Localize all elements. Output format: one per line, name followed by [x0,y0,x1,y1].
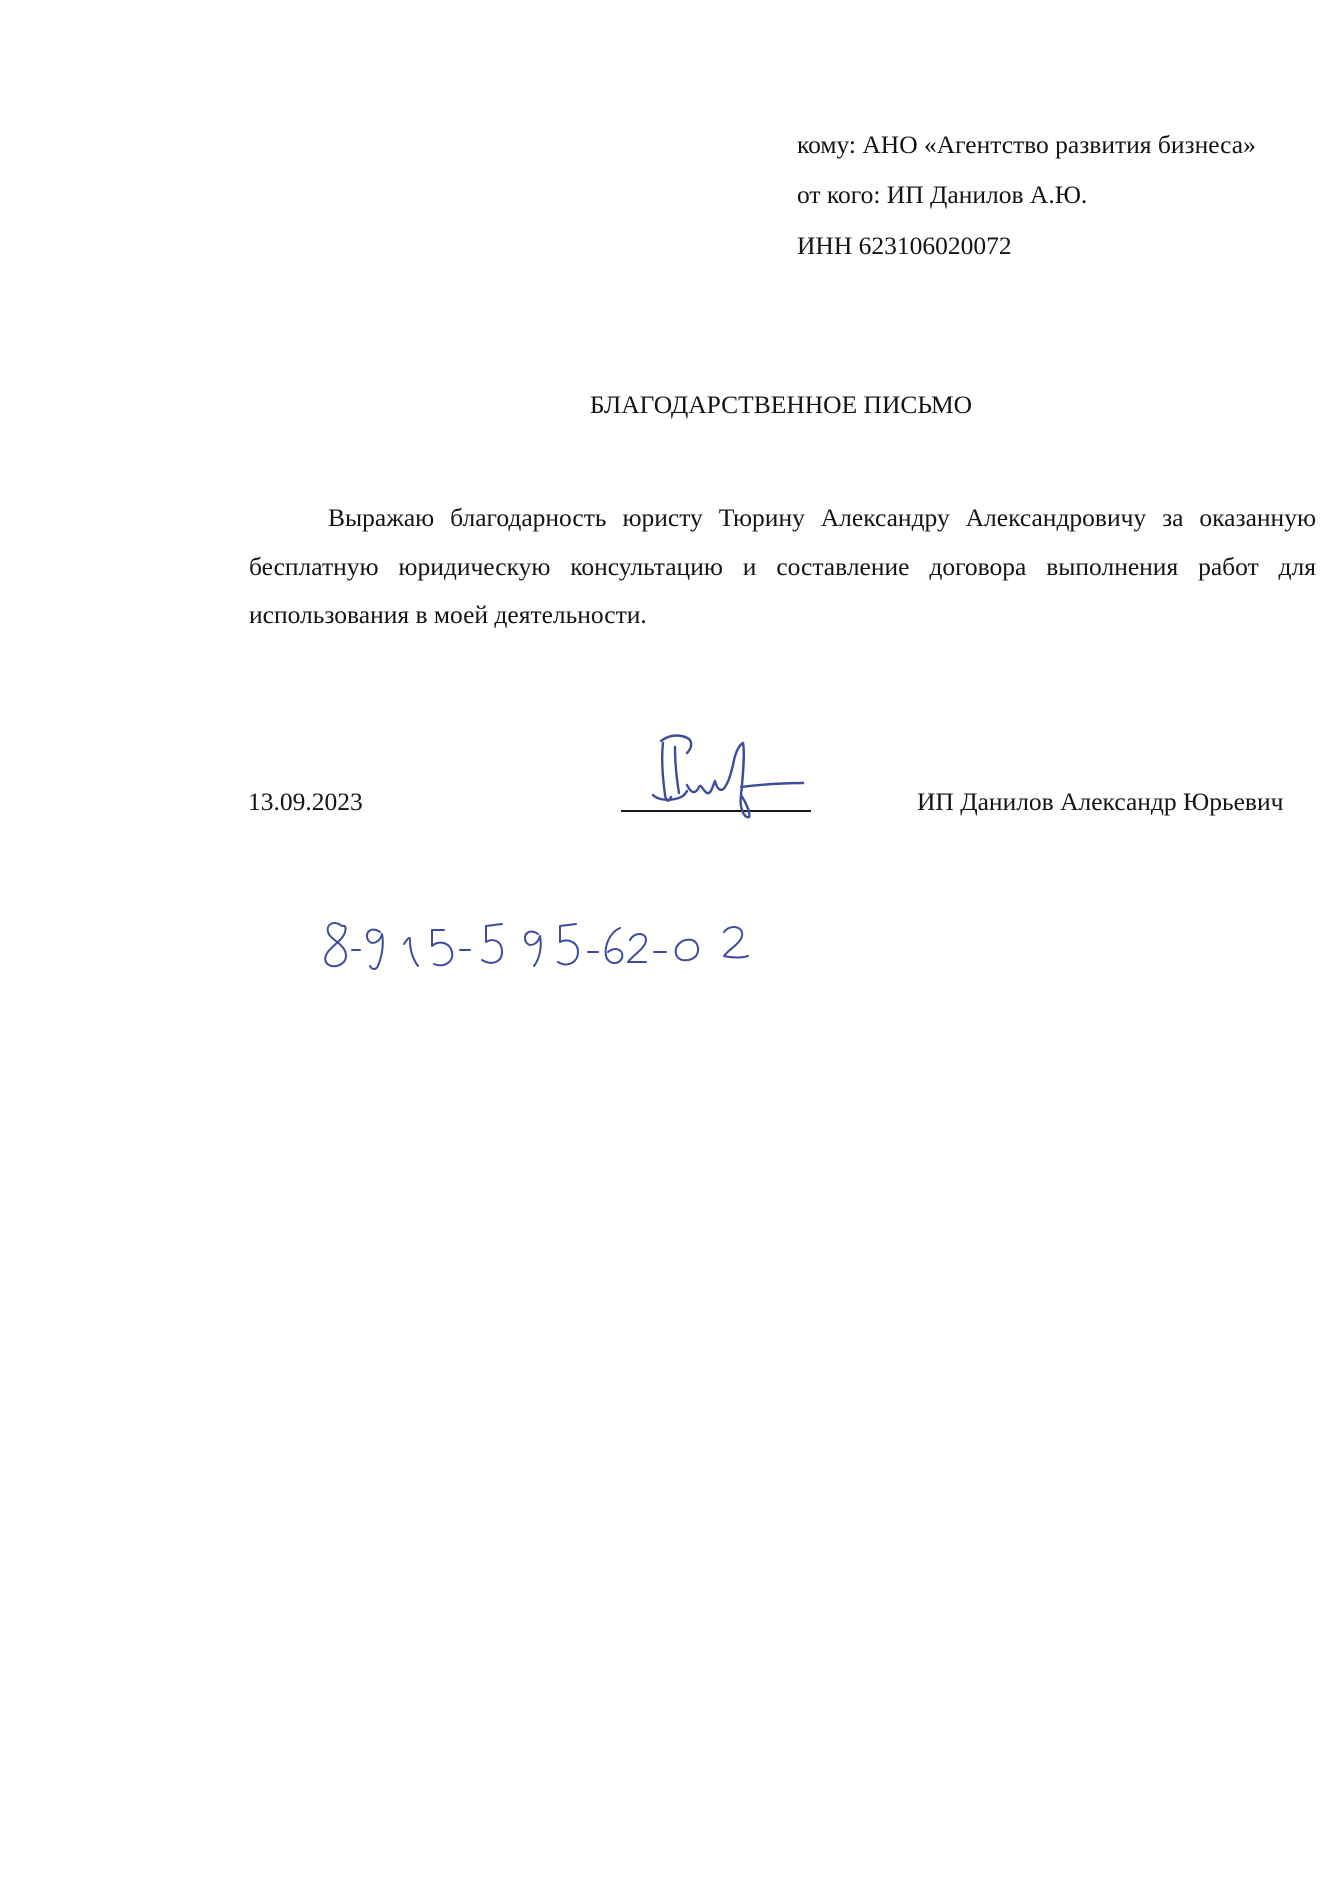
sender-line: от кого: ИП Данилов А.Ю. [797,180,1087,210]
signer-name: ИП Данилов Александр Юрьевич [917,787,1283,817]
handwritten-signature-icon [645,725,815,830]
inn-line: ИНН 623106020072 [797,231,1012,261]
handwritten-phone-number: 8-915-595-62-02 [320,910,790,980]
letter-date: 13.09.2023 [248,787,363,817]
letter-body: Выражаю благодарность юристу Тюрину Алек… [249,494,1316,640]
recipient-line: кому: АНО «Агентство развития бизнеса» [797,130,1256,160]
document-title: БЛАГОДАРСТВЕННОЕ ПИСЬМО [0,390,1340,420]
